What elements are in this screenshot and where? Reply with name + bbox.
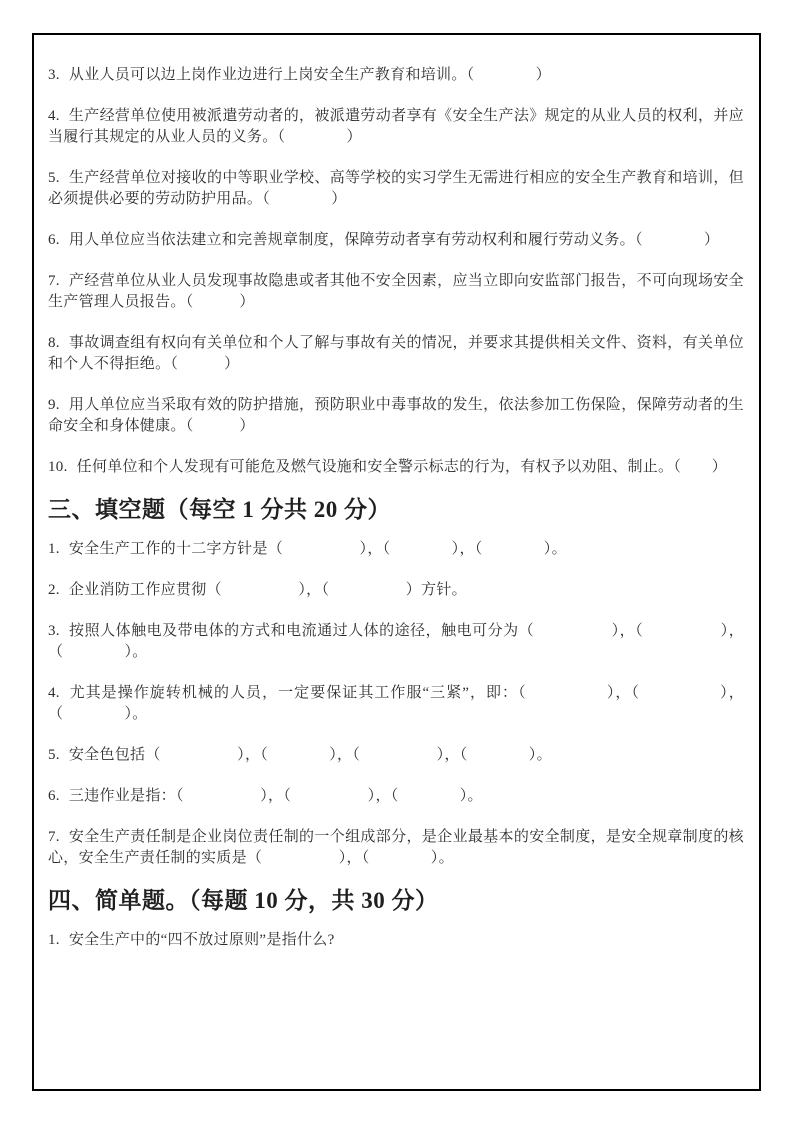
question-number: 9. [48, 397, 69, 413]
exam-page: 3.从业人员可以边上岗作业边进行上岗安全生产教育和培训。（ ） 4.生产经营单位… [0, 0, 793, 1122]
question-item: 7.产经营单位从业人员发现事故隐患或者其他不安全因素，应当立即向安监部门报告，不… [48, 271, 744, 313]
question-item: 7.安全生产责任制是企业岗位责任制的一个组成部分，是企业最基本的安全制度，是安全… [48, 827, 744, 869]
page-border-frame: 3.从业人员可以边上岗作业边进行上岗安全生产教育和培训。（ ） 4.生产经营单位… [32, 33, 761, 1091]
question-number: 2. [48, 582, 69, 598]
question-item: 1.安全生产中的“四不放过原则”是指什么? [48, 930, 744, 951]
question-number: 6. [48, 788, 69, 804]
short-answer-section-title: 四、简单题。（每题 10 分，共 30 分） [48, 887, 744, 915]
question-item: 4.尤其是操作旋转机械的人员，一定要保证其工作服“三紧”，即：（ ），（ ），（… [48, 683, 744, 725]
question-number: 4. [48, 685, 69, 701]
question-item: 3.从业人员可以边上岗作业边进行上岗安全生产教育和培训。（ ） [48, 65, 744, 86]
question-text: 三违作业是指：（ ），（ ），（ ）。 [69, 788, 483, 804]
question-item: 6.三违作业是指：（ ），（ ），（ ）。 [48, 786, 744, 807]
question-item: 9.用人单位应当采取有效的防护措施，预防职业中毒事故的发生，依法参加工伤保险，保… [48, 395, 744, 437]
question-number: 6. [48, 232, 69, 248]
question-number: 10. [48, 459, 77, 475]
question-number: 8. [48, 335, 69, 351]
question-item: 6.用人单位应当依法建立和完善规章制度，保障劳动者享有劳动权利和履行劳动义务。（… [48, 230, 744, 251]
question-number: 4. [48, 108, 69, 124]
question-text: 产经营单位从业人员发现事故隐患或者其他不安全因素，应当立即向安监部门报告，不可向… [48, 273, 744, 310]
question-number: 1. [48, 932, 69, 948]
question-text: 事故调查组有权向有关单位和个人了解与事故有关的情况，并要求其提供相关文件、资料，… [48, 335, 744, 372]
fill-blank-section-title: 三、填空题（每空 1 分共 20 分） [48, 496, 744, 524]
question-text: 企业消防工作应贯彻（ ），（ ）方针。 [69, 582, 467, 598]
question-text: 任何单位和个人发现有可能危及燃气设施和安全警示标志的行为，有权予以劝阻、制止。（… [77, 459, 727, 475]
question-text: 用人单位应当采取有效的防护措施，预防职业中毒事故的发生，依法参加工伤保险，保障劳… [48, 397, 744, 434]
question-item: 2.企业消防工作应贯彻（ ），（ ）方针。 [48, 580, 744, 601]
question-item: 4.生产经营单位使用被派遣劳动者的，被派遣劳动者享有《安全生产法》规定的从业人员… [48, 106, 744, 148]
question-text: 按照人体触电及带电体的方式和电流通过人体的途径，触电可分为（ ），（ ），（ ）… [48, 623, 744, 660]
question-item: 8.事故调查组有权向有关单位和个人了解与事故有关的情况，并要求其提供相关文件、资… [48, 333, 744, 375]
question-text: 生产经营单位使用被派遣劳动者的，被派遣劳动者享有《安全生产法》规定的从业人员的权… [48, 108, 744, 145]
question-text: 从业人员可以边上岗作业边进行上岗安全生产教育和培训。（ ） [69, 67, 551, 83]
question-item: 5.安全色包括（ ），（ ），（ ），（ ）。 [48, 745, 744, 766]
question-text: 用人单位应当依法建立和完善规章制度，保障劳动者享有劳动权利和履行劳动义务。（ ） [69, 232, 719, 248]
question-number: 1. [48, 541, 69, 557]
question-text: 安全生产责任制是企业岗位责任制的一个组成部分，是企业最基本的安全制度，是安全规章… [48, 829, 744, 866]
question-item: 1.安全生产工作的十二字方针是（ ），（ ），（ ）。 [48, 539, 744, 560]
question-text: 安全色包括（ ），（ ），（ ），（ ）。 [69, 747, 552, 763]
question-number: 5. [48, 747, 69, 763]
question-item: 5.生产经营单位对接收的中等职业学校、高等学校的实习学生无需进行相应的安全生产教… [48, 168, 744, 210]
question-number: 3. [48, 623, 69, 639]
question-text: 安全生产中的“四不放过原则”是指什么? [69, 932, 335, 948]
question-number: 7. [48, 829, 69, 845]
question-text: 尤其是操作旋转机械的人员，一定要保证其工作服“三紧”，即：（ ），（ ），（ ）… [48, 685, 744, 722]
question-number: 3. [48, 67, 69, 83]
question-text: 安全生产工作的十二字方针是（ ），（ ），（ ）。 [69, 541, 567, 557]
question-number: 5. [48, 170, 69, 186]
question-text: 生产经营单位对接收的中等职业学校、高等学校的实习学生无需进行相应的安全生产教育和… [48, 170, 744, 207]
question-number: 7. [48, 273, 69, 289]
question-item: 10.任何单位和个人发现有可能危及燃气设施和安全警示标志的行为，有权予以劝阻、制… [48, 457, 744, 478]
question-item: 3.按照人体触电及带电体的方式和电流通过人体的途径，触电可分为（ ），（ ），（… [48, 621, 744, 663]
